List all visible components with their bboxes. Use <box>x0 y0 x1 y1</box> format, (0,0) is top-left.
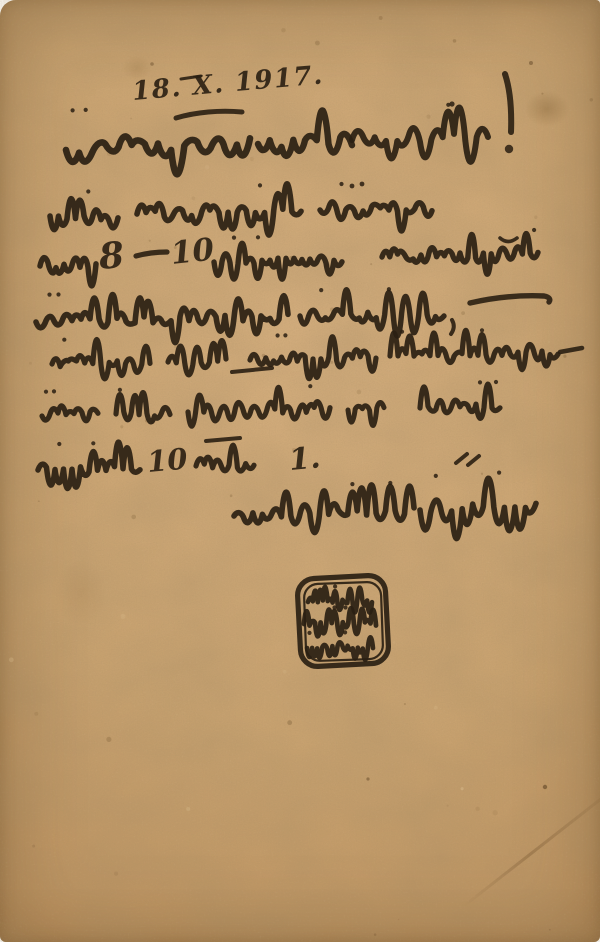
ink-dot <box>339 182 343 186</box>
ink-dot <box>62 338 66 342</box>
paper-speck <box>32 845 35 848</box>
ink-dot <box>283 333 287 337</box>
paper-speck <box>493 810 498 815</box>
paper-speck <box>534 216 537 219</box>
ink-stroke <box>420 384 500 418</box>
ink-dot <box>232 236 236 240</box>
paper-speck <box>529 61 533 65</box>
paper-speck <box>370 263 372 265</box>
ink-dot <box>86 189 90 193</box>
paper-speck <box>250 157 254 161</box>
ink-dot <box>52 389 56 393</box>
umlaut-dot <box>350 184 355 189</box>
paper-speck <box>541 93 543 95</box>
ink-dot <box>256 235 260 239</box>
paper-speck <box>29 362 32 365</box>
ink-dot <box>494 380 498 384</box>
ink-stroke <box>304 608 376 636</box>
ink-dot <box>497 471 501 475</box>
date-text: 18. X. 1917. <box>131 60 325 107</box>
paper-speck <box>461 787 464 790</box>
paper-speck <box>453 39 457 43</box>
hyphen-stroke <box>560 348 582 352</box>
ink-dot <box>44 390 48 394</box>
ink-dot <box>434 474 438 478</box>
paper-speck <box>461 311 465 315</box>
ink-dot <box>308 384 312 388</box>
ink-dot <box>343 605 347 609</box>
paper-speck <box>330 361 333 364</box>
ink-dot <box>57 442 61 446</box>
t-crossbar-stroke <box>176 111 242 118</box>
ink-stroke <box>50 199 118 230</box>
numeral-8: 8 <box>96 234 126 278</box>
ink-dot <box>56 292 60 296</box>
paper-speck <box>404 703 406 705</box>
paper-speck <box>315 41 320 46</box>
paper-speck <box>590 98 593 101</box>
paper-speck <box>563 355 566 358</box>
ink-stroke <box>348 402 384 425</box>
ink-stroke <box>188 387 330 426</box>
paper-speck <box>393 641 396 644</box>
em-dash-stroke <box>470 296 550 303</box>
ink-stroke <box>420 478 536 538</box>
paper-speck <box>549 929 551 931</box>
paper-speck <box>283 670 287 674</box>
ink-stroke <box>390 330 558 369</box>
ink-dot <box>332 605 336 609</box>
umlaut-dot <box>360 182 365 187</box>
paper-speck <box>357 390 362 395</box>
ink-dot <box>532 228 536 232</box>
numeral-1: 1. <box>288 440 322 478</box>
paper-speck <box>106 737 111 742</box>
ink-stroke <box>300 290 444 336</box>
ink-stroke <box>42 406 98 421</box>
stamp-monogram-strokes <box>304 584 376 659</box>
caret-tick <box>468 456 479 465</box>
scan-background: 18. X. 1917. 8 10 10 1. 18. X. 1917. Wer… <box>0 0 600 942</box>
ink-stroke <box>258 110 352 155</box>
caret-tick <box>456 454 467 463</box>
ink-dot <box>91 441 95 445</box>
breve-stroke <box>500 238 517 242</box>
ink-stroke <box>250 337 376 379</box>
ink-dot <box>343 630 347 634</box>
paper-speck <box>281 28 286 33</box>
paper-speck <box>379 16 383 20</box>
paper-speck <box>120 614 125 619</box>
ink-dot <box>400 330 404 334</box>
ink-dot <box>387 287 391 291</box>
paper-speck <box>115 213 117 215</box>
paper-speck <box>120 425 123 428</box>
paper-speck <box>192 196 196 200</box>
paper-speck <box>131 515 136 520</box>
overbar-stroke <box>206 438 240 441</box>
paper-speck <box>205 165 209 169</box>
handwriting-layer: 18. X. 1917. 8 10 10 1. <box>0 0 600 942</box>
ink-dot <box>71 108 75 112</box>
ink-stroke <box>234 485 414 533</box>
paper-speck <box>366 777 369 780</box>
paper-speck <box>447 805 449 807</box>
egon-schiele-stamp <box>297 575 389 667</box>
ink-stroke <box>352 108 488 162</box>
ink-dot <box>478 380 482 384</box>
overbar-stroke <box>232 368 272 372</box>
paper-speck <box>481 473 483 475</box>
exclamation-dot <box>505 145 513 153</box>
paper-speck <box>543 785 547 789</box>
postcard: 18. X. 1917. 8 10 10 1. 18. X. 1917. Wer… <box>0 0 600 942</box>
i-dot <box>449 101 454 106</box>
paper-speck <box>149 240 151 242</box>
paper-speck <box>287 720 292 725</box>
paper-speck <box>374 933 377 936</box>
paper-speck <box>230 494 233 497</box>
ink-stroke <box>320 202 432 231</box>
paper-speck <box>434 706 438 710</box>
paper-speck <box>38 500 40 502</box>
ink-stroke <box>307 637 373 660</box>
paper-speck <box>130 118 132 120</box>
ink-dot <box>350 482 354 486</box>
paper-speck <box>475 807 479 811</box>
paper-speck <box>398 919 399 920</box>
ink-dot <box>118 388 122 392</box>
ink-dot <box>307 631 311 635</box>
ink-stroke <box>66 136 250 174</box>
ink-stroke <box>214 243 342 279</box>
paper-speck <box>150 62 154 66</box>
ink-dot <box>84 108 88 112</box>
paper-speck <box>548 341 550 343</box>
paper-speck <box>427 115 431 119</box>
exclamation-stroke <box>505 74 511 132</box>
ink-stroke <box>52 340 150 379</box>
ink-dot <box>276 333 280 337</box>
ink-stroke <box>196 445 254 471</box>
paper-speck <box>34 712 38 716</box>
ink-stroke <box>40 258 96 286</box>
paper-speck <box>114 872 118 876</box>
ink-dot <box>333 584 337 588</box>
ink-dot <box>258 183 262 187</box>
ink-dot <box>388 481 392 485</box>
numeral-10-first: 10 <box>169 232 216 272</box>
ink-stroke <box>116 393 170 422</box>
ink-dot <box>47 293 51 297</box>
ink-stroke <box>36 295 288 343</box>
paper-speck <box>9 657 14 662</box>
ink-stroke <box>137 184 301 235</box>
ink-dot <box>319 288 323 292</box>
ink-stroke <box>38 442 140 488</box>
comma-stroke <box>451 320 454 334</box>
ink-dot <box>480 328 484 332</box>
dash-stroke <box>136 252 167 256</box>
paper-speck <box>186 807 190 811</box>
numeral-10-second: 10 <box>146 442 189 479</box>
